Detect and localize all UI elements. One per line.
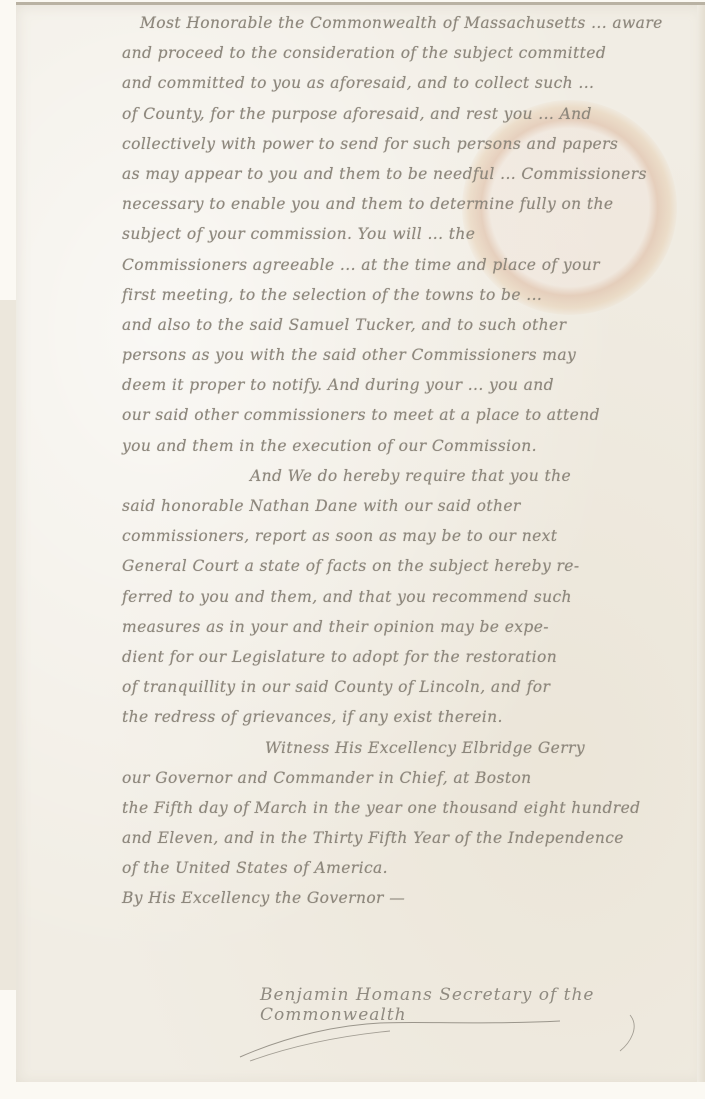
text-line: dient for our Legislature to adopt for t… xyxy=(120,642,690,672)
secretary-signature: Benjamin Homans Secretary of the Commonw… xyxy=(250,985,690,1045)
text-line: our said other commissioners to meet at … xyxy=(120,400,690,430)
text-line: as may appear to you and them to be need… xyxy=(120,159,690,189)
page-bottom-margin xyxy=(0,1082,705,1099)
text-line: and proceed to the consideration of the … xyxy=(120,38,690,68)
text-line: and also to the said Samuel Tucker, and … xyxy=(120,310,690,340)
text-line: commissioners, report as soon as may be … xyxy=(120,521,690,551)
text-line: And We do hereby require that you the xyxy=(120,461,690,491)
page-fold-edge xyxy=(697,5,705,1085)
signature-text: Benjamin Homans Secretary of the Commonw… xyxy=(260,985,690,1025)
text-line: and committed to you as aforesaid, and t… xyxy=(120,68,690,98)
text-line: and Eleven, and in the Thirty Fifth Year… xyxy=(120,823,690,853)
text-line: you and them in the execution of our Com… xyxy=(120,431,690,461)
text-line: subject of your commission. You will ...… xyxy=(120,219,690,249)
text-line: measures as in your and their opinion ma… xyxy=(120,612,690,642)
text-line: the redress of grievances, if any exist … xyxy=(120,702,690,732)
text-line: said honorable Nathan Dane with our said… xyxy=(120,491,690,521)
text-line: persons as you with the said other Commi… xyxy=(120,340,690,370)
text-line: of the United States of America. xyxy=(120,853,690,883)
text-line: By His Excellency the Governor — xyxy=(120,883,690,913)
text-line: our Governor and Commander in Chief, at … xyxy=(120,763,690,793)
text-line: deem it proper to notify. And during you… xyxy=(120,370,690,400)
text-line: Witness His Excellency Elbridge Gerry xyxy=(120,733,690,763)
text-line: the Fifth day of March in the year one t… xyxy=(120,793,690,823)
manuscript-text: Most Honorable the Commonwealth of Massa… xyxy=(120,8,690,914)
text-line: ferred to you and them, and that you rec… xyxy=(120,582,690,612)
text-line: first meeting, to the selection of the t… xyxy=(120,280,690,310)
text-line: Commissioners agreeable ... at the time … xyxy=(120,250,690,280)
text-line: General Court a state of facts on the su… xyxy=(120,551,690,581)
text-line: Most Honorable the Commonwealth of Massa… xyxy=(120,8,690,38)
text-line: necessary to enable you and them to dete… xyxy=(120,189,690,219)
text-line: of tranquillity in our said County of Li… xyxy=(120,672,690,702)
text-line: of County, for the purpose aforesaid, an… xyxy=(120,99,690,129)
text-line: collectively with power to send for such… xyxy=(120,129,690,159)
